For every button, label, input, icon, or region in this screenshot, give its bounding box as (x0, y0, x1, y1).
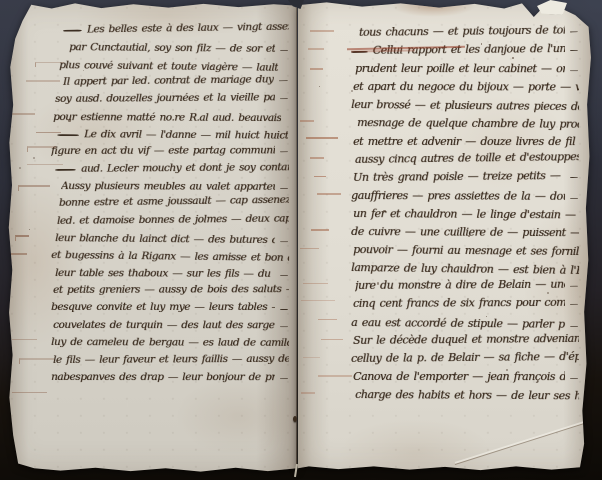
bleedthrough-mark (15, 235, 29, 241)
manuscript-line: celluy de la p. de Belair — sa fiche — d… (351, 347, 579, 367)
handwriting-text: aussy cincq autres de toille et d'estoup… (355, 151, 579, 168)
manuscript-line: mesnage de quelque chambre de luy proche (351, 113, 579, 133)
bleedthrough-mark (18, 185, 50, 191)
handwriting-text: besquve convite et luy mye — leurs table… (51, 302, 275, 316)
manuscript-line: gauffrieres — pres assiettes de la — dou… (351, 186, 579, 205)
handwriting-text: pour estienne matté no.re R.al aud. beau… (53, 112, 281, 127)
bleedthrough-mark (310, 30, 335, 32)
manuscript-line: pour estienne matté no.re R.al aud. beau… (49, 108, 289, 126)
manuscript-line: besquve convite et luy mye — leurs table… (49, 299, 289, 316)
manuscript-line: figure en act du vif — este partag commu… (49, 142, 289, 160)
bleedthrough-mark (303, 357, 319, 358)
line-end-stroke (280, 152, 288, 153)
handwriting-text: et apart du negoce du bijoux — porte — v… (353, 81, 579, 95)
line-end-stroke (570, 31, 578, 32)
line-end-stroke (280, 99, 288, 100)
handwriting-text: par Cunctautial, soy son filz — de sor e… (69, 42, 275, 57)
manuscript-line: cinq cent francs de six francs pour comp… (351, 293, 579, 312)
handwriting-text: prudent leur poille et leur cabinet — or… (355, 63, 565, 77)
manuscript-line: Canova de l'emporter — jean françois de … (351, 367, 579, 385)
left-page-wrap: Les belles este à des laux — vingt assez… (5, 1, 297, 473)
ink-speck (319, 86, 320, 87)
manuscript-line: le fils — leur faveur et leurs faillis —… (49, 349, 289, 368)
manuscript-line: et apart du negoce du bijoux — porte — v… (351, 77, 579, 96)
bleedthrough-mark (303, 283, 328, 284)
manuscript-line: et petits greniers — aussy de bois des s… (49, 280, 289, 298)
line-end-stroke (570, 378, 578, 379)
line-lead-stroke (57, 134, 79, 136)
handwriting-text: Canova de l'emporter — jean françois de … (353, 371, 565, 385)
handwriting-text: soy ausd. douzelles journées et la vieil… (55, 92, 275, 107)
handwriting-text: nabespanves des drap — leur bonjour de p… (51, 372, 275, 386)
line-end-stroke (570, 177, 578, 178)
handwriting-text: gauffrieres — pres assiettes de la — dou… (351, 190, 565, 205)
bleedthrough-mark (310, 68, 323, 70)
handwriting-text: cinq cent francs de six francs pour comp… (353, 297, 565, 312)
manuscript-line: luy de cameleu de bergau — es laud de ca… (49, 333, 289, 351)
line-end-stroke (570, 325, 578, 326)
handwriting-text: Un très grand poisle — treize petits — d… (353, 170, 565, 186)
line-end-stroke (570, 286, 578, 287)
manuscript-line: tous chacuns — et puis toujours de toill… (351, 20, 579, 41)
bleedthrough-mark (310, 157, 324, 159)
manuscript-line: Un très grand poisle — treize petits — d… (351, 166, 579, 186)
line-end-stroke (280, 326, 288, 327)
line-end-stroke (280, 309, 288, 310)
bleedthrough-mark (9, 253, 27, 255)
manuscript-line: jure du monstre à dire de Belain — une —… (351, 275, 579, 294)
handwriting-text: celluy de la p. de Belair — sa fiche — d… (351, 351, 579, 367)
manuscript-line: led. et damoise bonnes de jolmes — deux … (49, 209, 289, 229)
binding-gutter-line (296, 8, 297, 466)
manuscript-line: Il appert par led. contrat de mariage du… (49, 70, 289, 90)
right-page-wrap: tous chacuns — et puis toujours de toill… (297, 1, 593, 472)
manuscript-line: de cuivre — une cuilliere de — puissent … (351, 222, 579, 241)
bleedthrough-mark (318, 375, 352, 377)
bleedthrough-mark (321, 339, 343, 340)
manuscript-line: pouvoir — fourni au mesnage et ses forni… (351, 240, 579, 260)
bleedthrough-mark (301, 392, 314, 394)
line-end-stroke (278, 80, 287, 81)
bleedthrough-mark (7, 113, 35, 115)
bleedthrough-mark (12, 392, 46, 393)
line-lead-stroke (63, 30, 82, 32)
manuscript-line: couvelates de turquin — des laut des sar… (49, 316, 289, 334)
handwriting-text: led. et damoise bonnes de jolmes — deux … (57, 213, 289, 229)
line-end-stroke (570, 304, 578, 305)
right-page-text-block: tous chacuns — et puis toujours de toill… (351, 23, 579, 403)
handwriting-text: charge des habits et hors — de leur ses … (355, 389, 579, 404)
ink-speck (19, 167, 21, 169)
manuscript-line: Les belles este à des laux — vingt assez… (49, 18, 289, 39)
line-end-stroke (280, 242, 288, 243)
manuscript-line: aussy cincq autres de toille et d'estoup… (351, 147, 579, 168)
manuscript-line: nabespanves des drap — leur bonjour de p… (49, 368, 289, 386)
line-lead-stroke (55, 169, 76, 171)
left-page-text-block: Les belles este à des laux — vingt assez… (49, 21, 289, 403)
bleedthrough-mark (317, 193, 340, 195)
bleedthrough-mark (311, 229, 329, 231)
manuscript-line: charge des habits et hors — de leur ses … (351, 385, 579, 404)
manuscript-line: soy ausd. douzelles journées et la vieil… (49, 89, 289, 108)
left-page: Les belles este à des laux — vingt assez… (5, 1, 297, 473)
manuscript-line: bonne estre et asme joussault — cap asse… (49, 191, 289, 212)
bleedthrough-mark (300, 248, 319, 249)
handwriting-text: mesnage de quelque chambre de luy proche (357, 118, 579, 134)
handwriting-text: et petits greniers — aussy de bois des s… (53, 284, 289, 298)
handwriting-text: de cuivre — une cuilliere de — puissent … (351, 226, 579, 241)
line-end-stroke (280, 378, 288, 379)
right-page: tous chacuns — et puis toujours de toill… (297, 1, 593, 472)
corner-fold-crease-shadow (455, 416, 602, 465)
manuscript-line: aud. Lecler mouchy et dont je soy contan… (49, 158, 289, 177)
line-end-stroke (280, 188, 288, 189)
manuscript-line: un fer et chauldron — le linge d'estain … (351, 204, 579, 223)
line-end-stroke (570, 50, 578, 51)
bleedthrough-mark (300, 120, 313, 122)
line-end-stroke (570, 70, 578, 71)
bleedthrough-mark (314, 176, 326, 177)
manuscript-scan: Les belles este à des laux — vingt assez… (0, 0, 602, 480)
handwriting-text: le fils — leur faveur et leurs faillis —… (53, 353, 289, 368)
binding-stitch-knot (293, 416, 297, 422)
bleedthrough-mark (306, 137, 338, 139)
manuscript-line: par Cunctautial, soy son filz — de sor e… (49, 38, 289, 57)
bleedthrough-mark (12, 339, 37, 340)
ink-speck (33, 157, 35, 159)
bleedthrough-mark (308, 48, 324, 50)
handwriting-text: un fer et chauldron — le linge d'estain … (353, 208, 579, 223)
ink-speck (29, 229, 30, 230)
line-end-stroke (280, 275, 288, 276)
handwriting-text: Les belles este à des laux — vingt assez… (87, 21, 289, 37)
bleedthrough-mark (318, 319, 337, 320)
bleedthrough-mark (301, 300, 335, 301)
line-end-stroke (570, 198, 578, 199)
manuscript-line: Sur le décède duquel et monstre advenian… (351, 328, 579, 348)
manuscript-line (49, 385, 289, 403)
handwriting-text: couvelates de turquin — des laut des sar… (53, 320, 275, 334)
line-end-stroke (280, 51, 288, 52)
handwriting-text: aud. Lecler mouchy et dont je soy contan… (81, 162, 289, 177)
manuscript-line: prudent leur poille et leur cabinet — or… (351, 59, 579, 77)
